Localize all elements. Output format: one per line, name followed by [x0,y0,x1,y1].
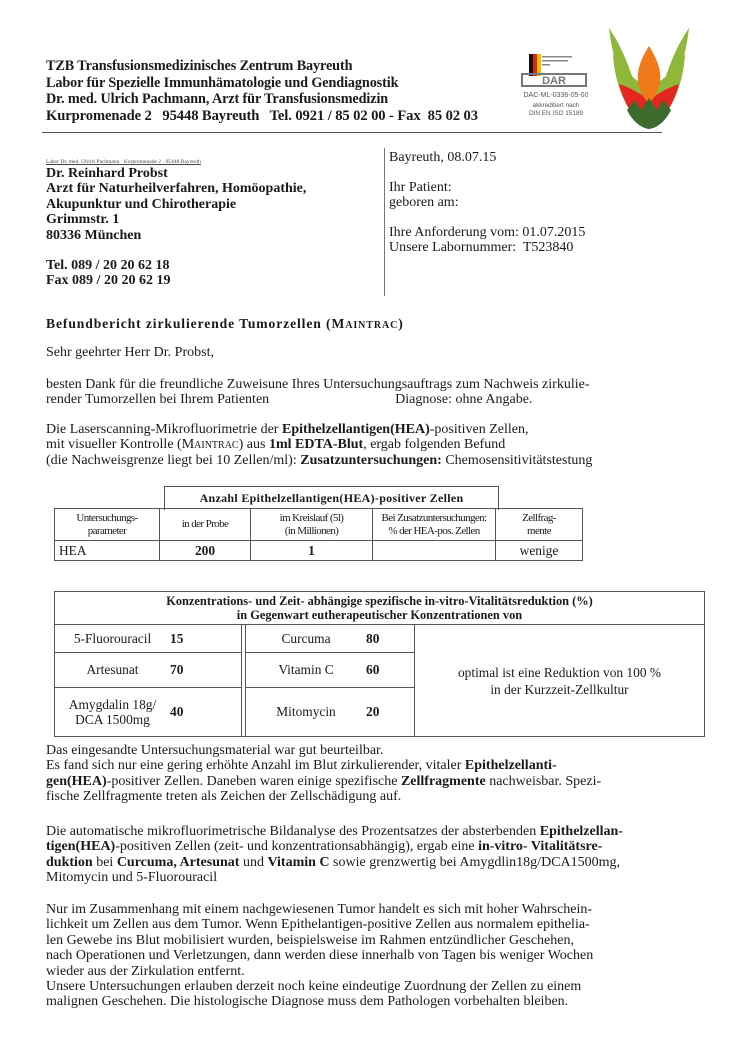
lab-number-label: Unsere Labornummer: [389,240,516,255]
table-caption-row: Konzentrations- und Zeit- abhängige spez… [55,592,705,625]
letterhead: TZB Transfusionsmedizinisches Zentrum Ba… [46,58,478,124]
header-cell: Untersuchungs-parameter [55,509,160,541]
text-line: duktion bei Curcuma, Artesunat und Vitam… [46,855,696,870]
accreditation-text: akkreditiert nach DIN EN ISO 15189 [510,102,602,118]
intro-paragraph: besten Dank für die freundliche Zuweisun… [46,377,696,408]
hea-count-table: Untersuchungs-parameter in der Probe im … [54,508,583,561]
header-cell: Zellfrag-mente [496,509,583,541]
recipient-tel: Tel. 089 / 20 20 62 18 [46,258,306,273]
substance-name: Artesunat [55,653,171,688]
text-line: fische Zellfragmente treten als Zeichen … [46,789,696,804]
table-header-row: Untersuchungs-parameter in der Probe im … [55,509,583,541]
text-line: Mitomycin und 5-Fluorouracil [46,870,696,885]
substance-value: 20 [366,688,415,737]
recipient-line: 80336 München [46,228,306,243]
recipient-line: Akupunktur und Chirotherapie [46,197,306,212]
text-line: Die automatische mikrofluorimetrische Bi… [46,824,696,839]
text-line: render Tumorzellen bei Ihrem PatientenDi… [46,392,696,407]
substance-value: 80 [366,625,415,653]
patient-label: Ihr Patient: [389,180,585,196]
recipient-fax: Fax 089 / 20 20 62 19 [46,273,306,288]
substance-name: Curcuma [246,625,367,653]
table2-note: optimal ist eine Reduktion von 100 %in d… [415,625,705,737]
lab-number-row: Unsere Labornummer: T523840 [389,240,585,256]
letterhead-line: Labor für Spezielle Immunhämatologie und… [46,75,478,92]
letter-meta: Bayreuth, 08.07.15 Ihr Patient: geboren … [389,150,585,256]
text-line: lichkeit um Zellen aus dem Tumor. Wenn E… [46,917,696,932]
text-line: Unsere Untersuchungen erlauben derzeit n… [46,979,696,994]
recipient-line: Arzt für Naturheilverfahren, Homöopathie… [46,181,306,196]
recipient-line: Dr. Reinhard Probst [46,166,306,181]
substance-value: 70 [170,653,242,688]
request-date-row: Ihre Anforderung vom: 01.07.2015 [389,225,585,241]
text-line: gen(HEA)-positiver Zellen. Daneben waren… [46,774,696,789]
accreditation-code: DAC-ML-0336-05-00 [510,92,602,99]
substance-value: 40 [170,688,242,737]
salutation: Sehr geehrter Herr Dr. Probst, [46,345,696,360]
recipient-line: Grimmstr. 1 [46,212,306,227]
lotus-logo-icon [605,24,693,132]
cell-zusatz [373,541,496,561]
findings-paragraph-2: Die automatische mikrofluorimetrische Bi… [46,824,696,886]
text-line: Es fand sich nur eine gering erhöhte Anz… [46,758,696,773]
accreditation-line: DIN EN ISO 15189 [510,110,602,118]
cell-zellfragmente: wenige [496,541,583,561]
table-row: HEA 200 1 wenige [55,541,583,561]
table-row: 5-Fluorouracil 15 Curcuma 80 optimal ist… [55,625,705,653]
header-cell: in der Probe [160,509,251,541]
substance-value: 60 [366,653,415,688]
table2-caption: Konzentrations- und Zeit- abhängige spez… [55,592,705,625]
header-cell: Bei Zusatzuntersuchungen:% der HEA-pos. … [373,509,496,541]
method-paragraph: Die Laserscanning-Mikrofluorimetrie der … [46,422,696,468]
request-label: Ihre Anforderung vom: [389,225,519,240]
recipient-address: Dr. Reinhard Probst Arzt für Naturheilve… [46,166,306,289]
header-cell: im Kreislauf (5l)(in Millionen) [251,509,373,541]
cell-in-probe: 200 [160,541,251,561]
dar-logo-icon: DAR [510,52,602,90]
letterhead-address: Kurpromenade 2 95448 Bayreuth Tel. 0921 … [46,108,478,125]
text-line: (die Nachweisgrenze liegt bei 10 Zellen/… [46,453,696,468]
sender-line: Labor Dr. med. Ulrich Pachmann · Kurprom… [46,159,201,165]
lab-number: T523840 [523,240,574,255]
request-date: 01.07.2015 [522,225,585,240]
svg-text:DAR: DAR [542,75,566,87]
findings-paragraph-3: Nur im Zusammenhang mit einem nachgewies… [46,902,696,1010]
text-line: Das eingesandte Untersuchungsmaterial wa… [46,743,696,758]
substance-name: Amygdalin 18g/DCA 1500mg [55,688,171,737]
substance-name: Mitomycin [246,688,367,737]
text-line: len Gewebe ins Blut mobilisiert wurden, … [46,933,696,948]
vitality-reduction-table: Konzentrations- und Zeit- abhängige spez… [54,591,705,737]
text-line: besten Dank für die freundliche Zuweisun… [46,377,696,392]
accreditation-badge: DAR DAC-ML-0336-05-00 akkreditiert nach … [510,52,602,118]
address-divider [384,148,385,296]
letterhead-line: Dr. med. Ulrich Pachmann, Arzt für Trans… [46,91,478,108]
place-date: Bayreuth, 08.07.15 [389,150,585,166]
substance-name: 5-Fluorouracil [55,625,171,653]
accreditation-line: akkreditiert nach [510,102,602,110]
text-line: Nur im Zusammenhang mit einem nachgewies… [46,902,696,917]
text-line: mit visueller Kontrolle (Maintrac) aus 1… [46,437,696,452]
cell-parameter: HEA [55,541,160,561]
table1-caption: Anzahl Epithelzellantigen(HEA)-positiver… [164,486,499,510]
text-line: wieder aus der Zirkulation entfernt. [46,964,696,979]
born-label: geboren am: [389,195,585,211]
cell-im-kreislauf: 1 [251,541,373,561]
header-divider [42,132,662,133]
text-line: nach Operationen und Verletzungen, dann … [46,948,696,963]
substance-value: 15 [170,625,242,653]
text-line: malignen Geschehen. Die histologische Di… [46,994,696,1009]
findings-paragraph-1: Das eingesandte Untersuchungsmaterial wa… [46,743,696,805]
text-line: tigen(HEA)-positiven Zellen (zeit- und k… [46,839,696,854]
report-title: Befundbericht zirkulierende Tumorzellen … [46,316,404,332]
text-line: Die Laserscanning-Mikrofluorimetrie der … [46,422,696,437]
substance-name: Vitamin C [246,653,367,688]
letterhead-line: TZB Transfusionsmedizinisches Zentrum Ba… [46,58,478,75]
